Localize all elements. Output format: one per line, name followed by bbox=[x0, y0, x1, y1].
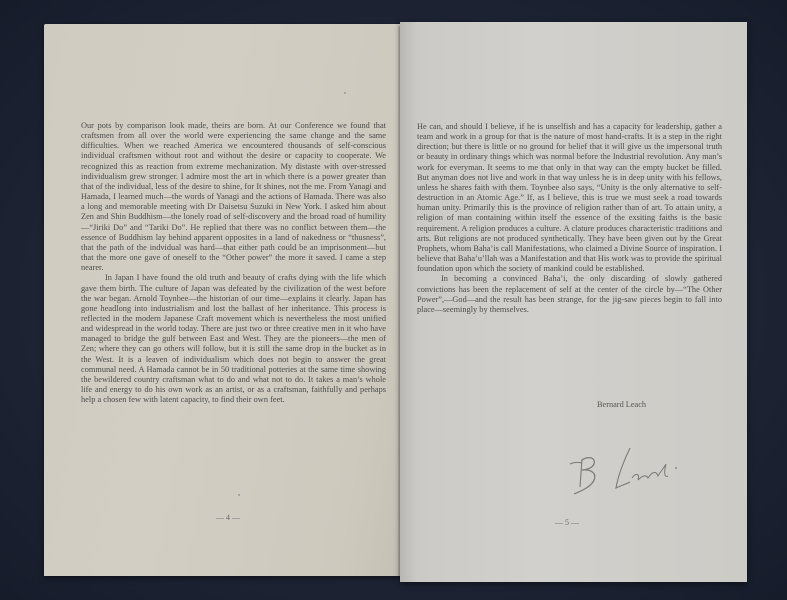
right-page-body: He can, and should I believe, if he is u… bbox=[417, 122, 722, 315]
paragraph: In Japan I have found the old truth and … bbox=[81, 273, 386, 405]
author-name: Bernard Leach bbox=[597, 400, 646, 409]
handwritten-signature-icon bbox=[568, 442, 688, 497]
left-page-body: Our pots by comparison look made, theirs… bbox=[81, 121, 386, 405]
paragraph: Our pots by comparison look made, theirs… bbox=[81, 121, 386, 273]
paper-speck bbox=[238, 494, 240, 496]
page-number: — 4 — bbox=[216, 513, 240, 522]
page-number: — 5 — bbox=[555, 518, 579, 527]
paragraph: He can, and should I believe, if he is u… bbox=[417, 122, 722, 274]
right-page: He can, and should I believe, if he is u… bbox=[400, 22, 747, 582]
left-page: Our pots by comparison look made, theirs… bbox=[44, 24, 404, 576]
paragraph: In becoming a convinced Baha’i, the only… bbox=[417, 274, 722, 315]
paper-speck bbox=[344, 92, 346, 94]
